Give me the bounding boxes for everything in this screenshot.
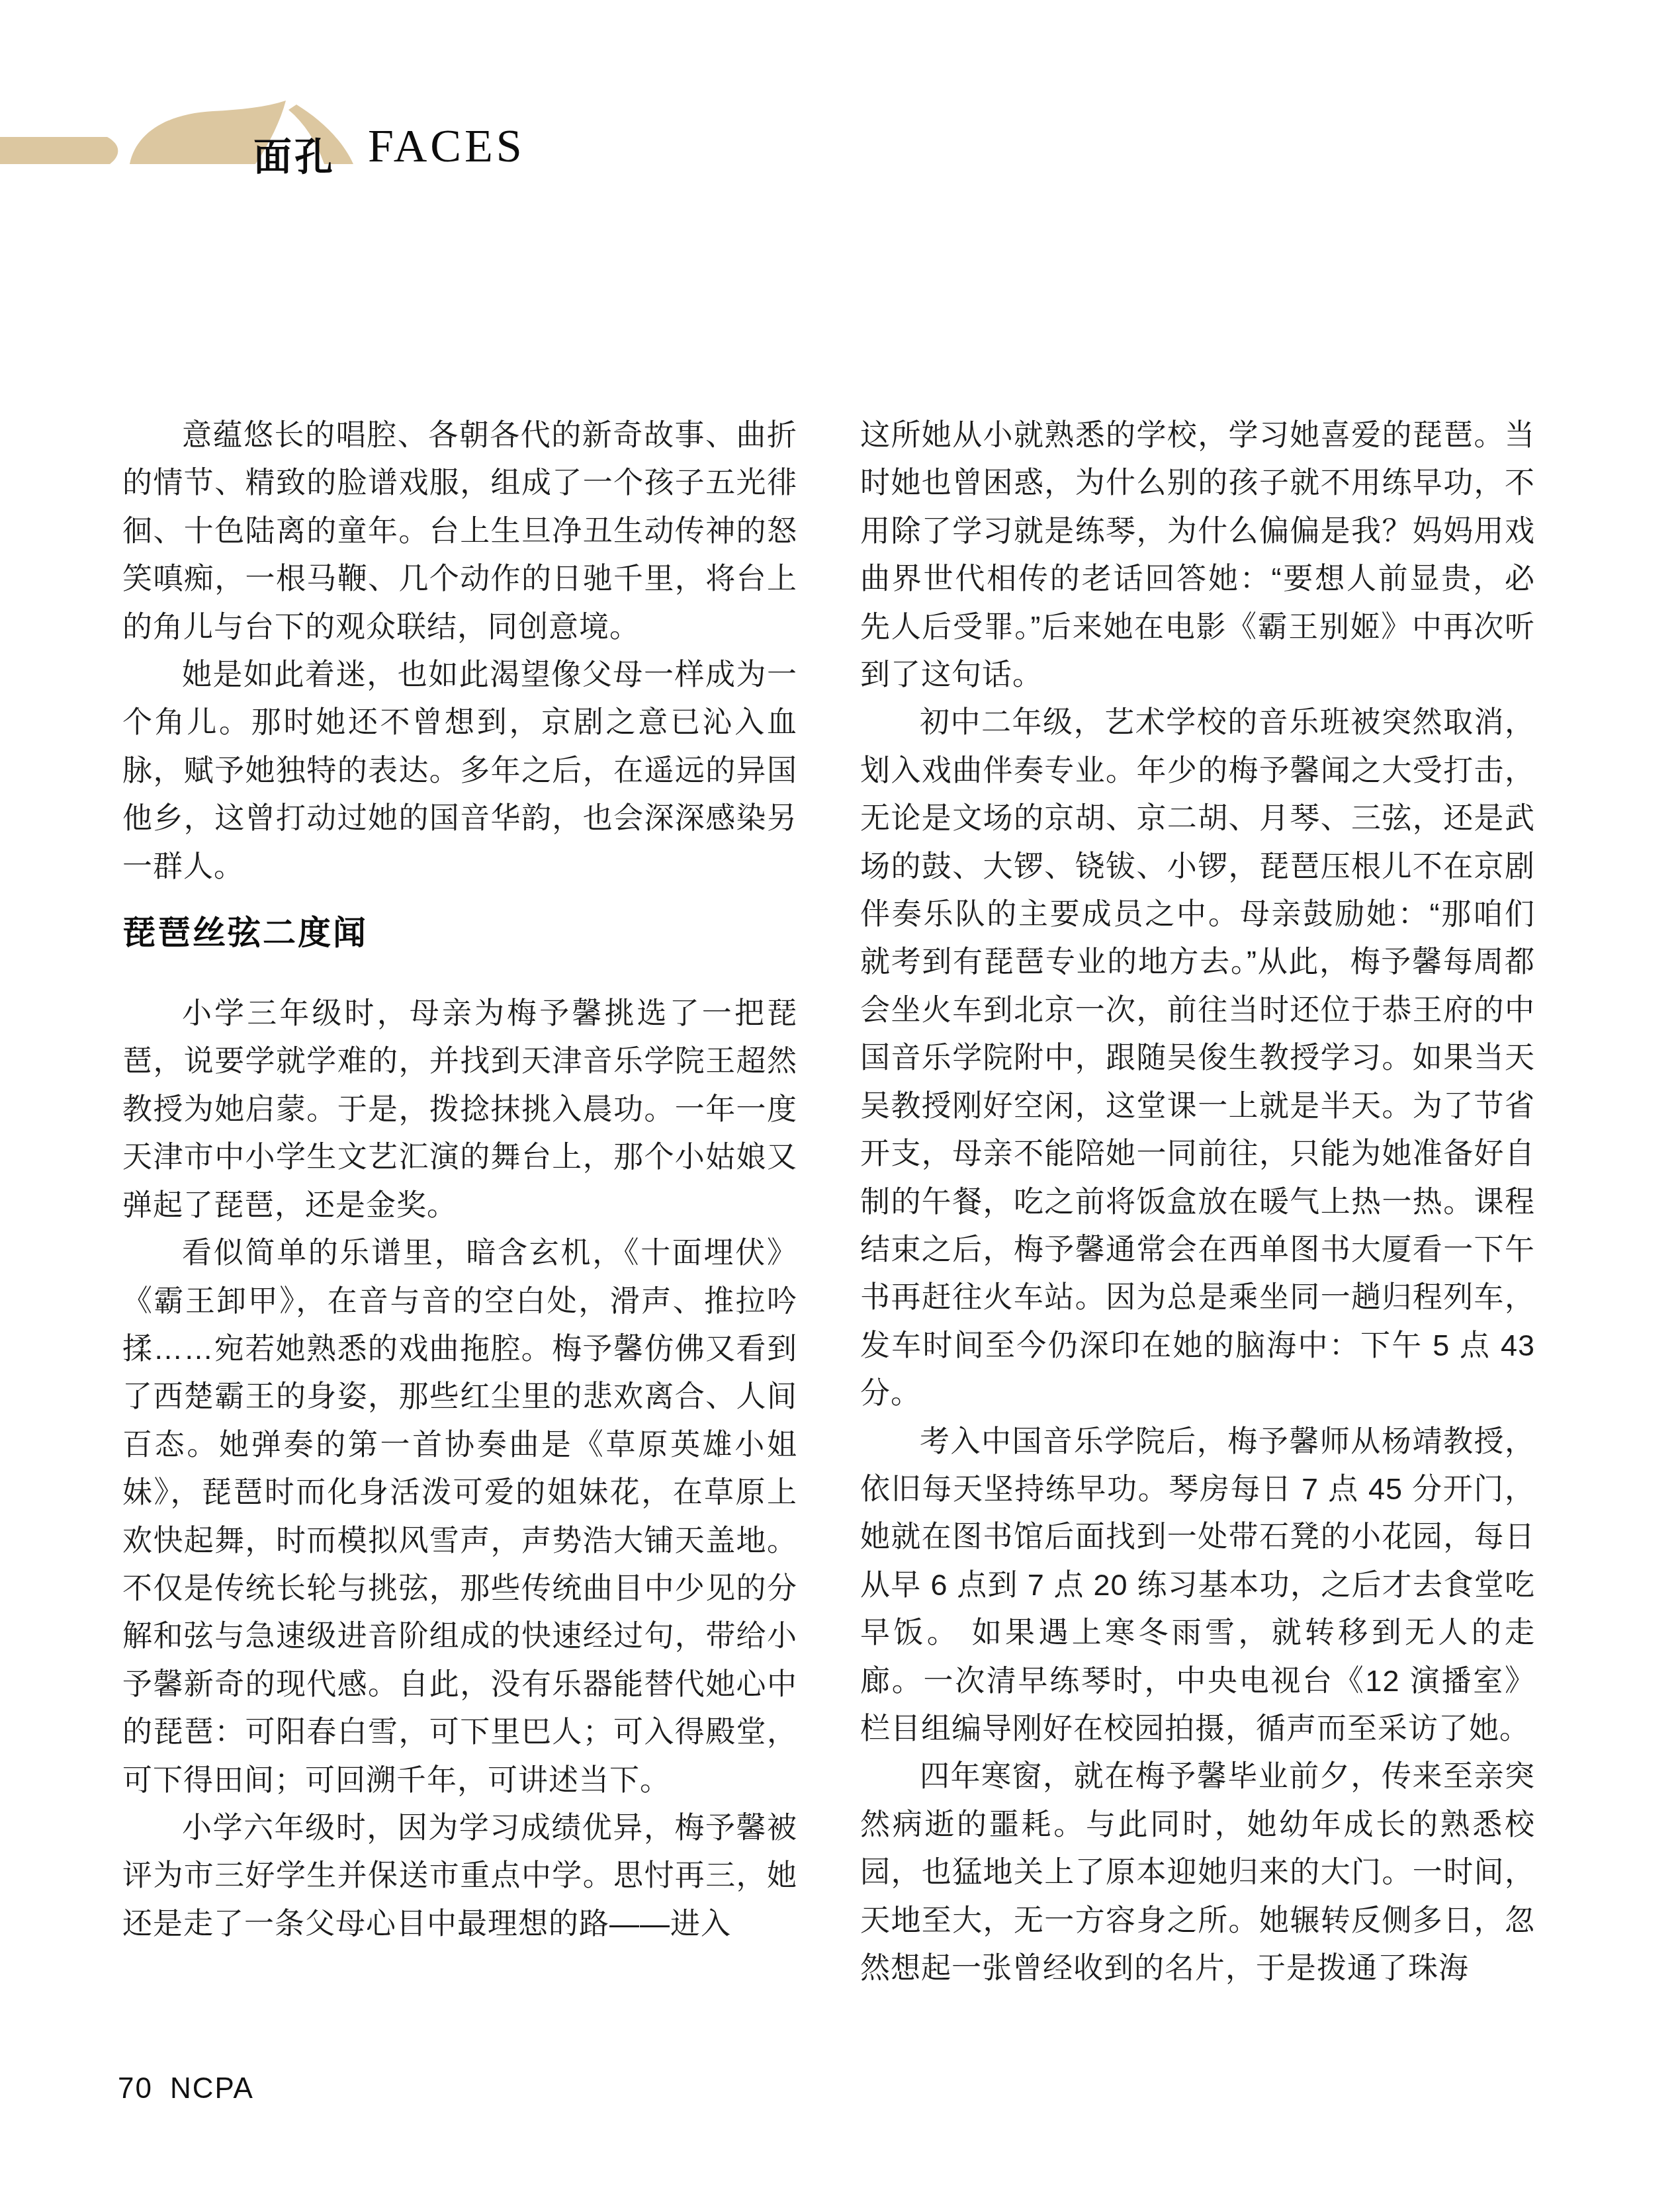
paragraph-5: 小学六年级时，因为学习成绩优异，梅予馨被评为市三好学生并保送市重点中学。思忖再三… [122, 1804, 797, 1948]
page-footer: 70NCPA [118, 2072, 254, 2105]
section-title-zh: 面孔 [253, 126, 335, 181]
paragraph-3: 小学三年级时，母亲为梅予馨挑选了一把琵琶，说要学就学难的，并找到天津音乐学院王超… [122, 990, 797, 1229]
magazine-page: 面孔 FACES 意蕴悠长的唱腔、各朝各代的新奇故事、曲折的情节、精致的脸谱戏服… [0, 0, 1680, 2188]
paragraph-4: 看似简单的乐谱里，暗含玄机，《十面埋伏》《霸王卸甲》，在音与音的空白处，滑声、推… [122, 1229, 797, 1804]
paragraph-7: 初中二年级，艺术学校的音乐班被突然取消，划入戏曲伴奏专业。年少的梅予馨闻之大受打… [860, 699, 1535, 1417]
paragraph-2: 她是如此着迷，也如此渴望像父母一样成为一个角儿。那时她还不曾想到，京剧之意已沁入… [122, 651, 797, 891]
paragraph-8: 考入中国音乐学院后，梅予馨师从杨靖教授，依旧每天坚持练早功。琴房每日 7 点 4… [860, 1418, 1535, 1753]
page-number: 70 [118, 2072, 153, 2105]
paragraph-1: 意蕴悠长的唱腔、各朝各代的新奇故事、曲折的情节、精致的脸谱戏服，组成了一个孩子五… [122, 412, 797, 651]
paragraph-9: 四年寒窗，就在梅予馨毕业前夕，传来至亲突然病逝的噩耗。与此同时，她幼年成长的熟悉… [860, 1753, 1535, 1992]
section-title-en: FACES [368, 120, 525, 173]
header-bar-shape [0, 137, 118, 164]
section-heading: 琵琶丝弦二度闻 [122, 913, 797, 953]
paragraph-6: 这所她从小就熟悉的学校，学习她喜爱的琵琶。当时她也曾困惑，为什么别的孩子就不用练… [860, 412, 1535, 699]
footer-brand: NCPA [170, 2072, 254, 2105]
right-column: 这所她从小就熟悉的学校，学习她喜爱的琵琶。当时她也曾困惑，为什么别的孩子就不用练… [860, 412, 1535, 1992]
left-column: 意蕴悠长的唱腔、各朝各代的新奇故事、曲折的情节、精致的脸谱戏服，组成了一个孩子五… [122, 412, 797, 1992]
article-columns: 意蕴悠长的唱腔、各朝各代的新奇故事、曲折的情节、精致的脸谱戏服，组成了一个孩子五… [122, 412, 1535, 1992]
